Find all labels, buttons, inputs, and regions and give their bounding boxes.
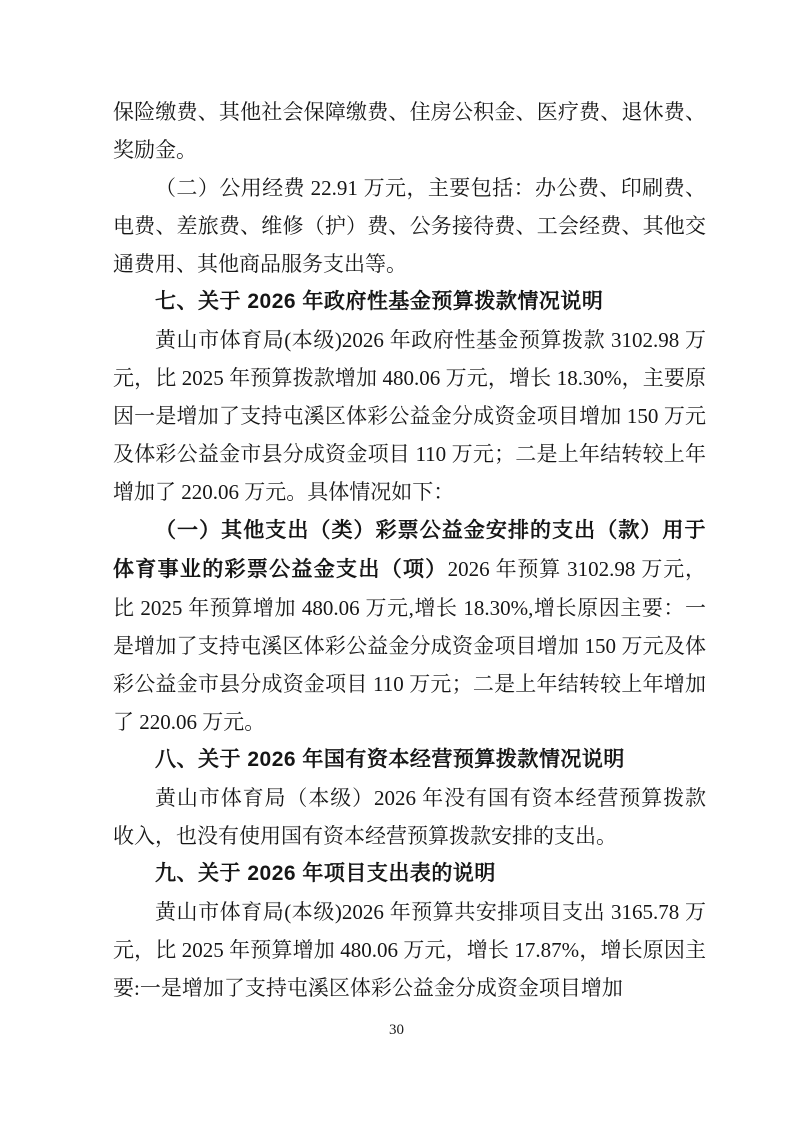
- paragraph-personnel-expenses-continued: 保险缴费、其他社会保障缴费、住房公积金、医疗费、退休费、奖励金。: [113, 93, 706, 169]
- page-number: 30: [0, 1022, 793, 1039]
- heading-section-8-state-capital-budget: 八、关于 2026 年国有资本经营预算拨款情况说明: [113, 741, 706, 779]
- paragraph-state-capital-statement: 黄山市体育局（本级）2026 年没有国有资本经营预算拨款收入，也没有使用国有资本…: [113, 779, 706, 855]
- document-page: 保险缴费、其他社会保障缴费、住房公积金、医疗费、退休费、奖励金。 （二）公用经费…: [0, 0, 793, 1122]
- paragraph-govt-fund-budget-overview: 黄山市体育局(本级)2026 年政府性基金预算拨款 3102.98 万元，比 2…: [113, 321, 706, 511]
- heading-section-9-project-expenditure: 九、关于 2026 年项目支出表的说明: [113, 855, 706, 893]
- paragraph-lottery-fund-detail: （一）其他支出（类）彩票公益金安排的支出（款）用于体育事业的彩票公益金支出（项）…: [113, 511, 706, 741]
- paragraph-public-expenses: （二）公用经费 22.91 万元，主要包括：办公费、印刷费、电费、差旅费、维修（…: [113, 169, 706, 283]
- paragraph-lottery-fund-rest: 2026 年预算 3102.98 万元，比 2025 年预算增加 480.06 …: [113, 557, 706, 734]
- document-body: 保险缴费、其他社会保障缴费、住房公积金、医疗费、退休费、奖励金。 （二）公用经费…: [113, 93, 706, 1007]
- paragraph-project-expenditure-overview: 黄山市体育局(本级)2026 年预算共安排项目支出 3165.78 万元，比 2…: [113, 893, 706, 1007]
- heading-section-7-govt-fund-budget: 七、关于 2026 年政府性基金预算拨款情况说明: [113, 283, 706, 321]
